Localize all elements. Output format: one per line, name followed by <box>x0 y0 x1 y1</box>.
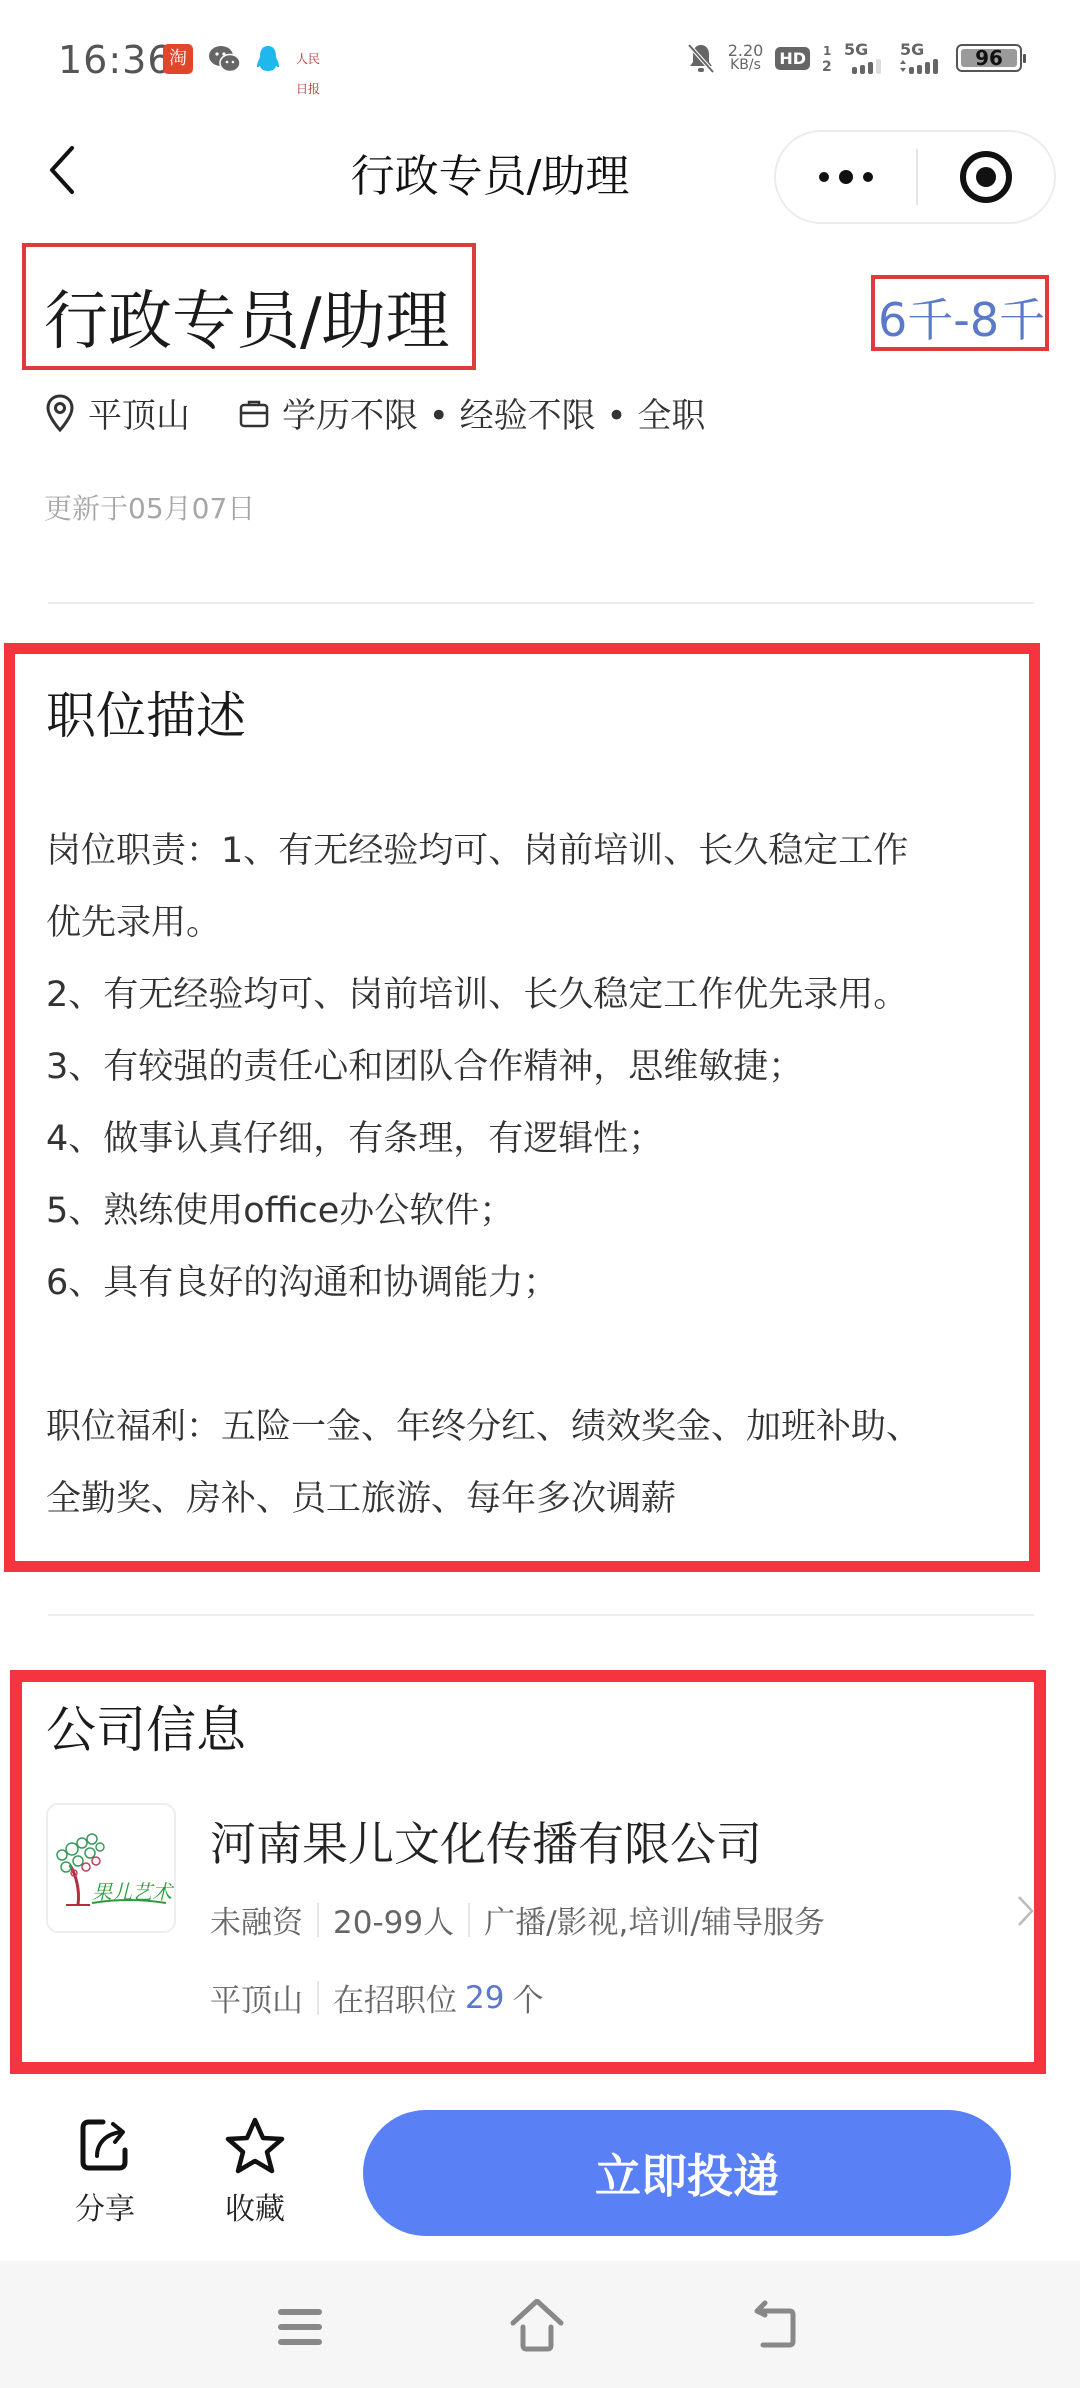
share-button[interactable]: 分享 <box>50 2116 160 2228</box>
openings-count: 29 <box>465 1980 504 2016</box>
home-icon <box>507 2299 567 2355</box>
more-button[interactable] <box>776 132 916 222</box>
job-title: 行政专员/助理 <box>44 270 450 362</box>
back-nav-button[interactable] <box>745 2299 805 2355</box>
company-funding: 未融资 <box>210 1897 303 1942</box>
status-bar: 16:36 淘 人民日报 2.20 KB/s HD 12 5G 5G 96 <box>0 0 1080 118</box>
bell-muted-icon <box>686 42 716 74</box>
openings-suffix: 个 <box>512 1975 543 2020</box>
location-pin-icon <box>44 393 76 433</box>
system-nav-bar <box>0 2261 1080 2388</box>
close-miniprogram-button[interactable] <box>918 132 1054 222</box>
description-line: 2、有无经验均可、岗前培训、长久稳定工作优先录用。 <box>46 959 1026 1031</box>
star-icon <box>224 2116 286 2176</box>
favorite-button[interactable]: 收藏 <box>200 2116 310 2228</box>
description-line: 3、有较强的责任心和团队合作精神，思维敏捷； <box>46 1031 1026 1103</box>
salary: 6千-8千 <box>878 284 1045 350</box>
company-size: 20-99人 <box>333 1897 454 1942</box>
update-time: 更新于05月07日 <box>44 487 255 527</box>
company-industry: 广播/影视,培训/辅导服务 <box>484 1897 825 1942</box>
benefits-line: 职位福利：五险一金、年终分红、绩效奖金、加班补助、 <box>46 1391 1026 1463</box>
company-city: 平顶山 <box>210 1975 303 2020</box>
company-location-row: 平顶山 在招职位 29 个 <box>210 1975 543 2020</box>
benefits-line: 全勤奖、房补、员工旅游、每年多次调薪 <box>46 1463 1026 1535</box>
taobao-icon: 淘 <box>163 44 193 74</box>
description-line: 4、做事认真仔细，有条理，有逻辑性； <box>46 1103 1026 1175</box>
description-line: 5、熟练使用office办公软件； <box>46 1175 1026 1247</box>
openings-prefix: 在招职位 <box>333 1975 457 2020</box>
company-tree-logo-icon: 果儿艺术 <box>48 1805 176 1933</box>
svg-text:1: 1 <box>823 44 831 58</box>
svg-text:2: 2 <box>822 59 832 73</box>
home-button[interactable] <box>507 2299 567 2355</box>
job-location: 平顶山 <box>88 388 190 437</box>
status-time: 16:36 <box>58 38 173 82</box>
people-daily-icon: 人民日报 <box>296 44 326 74</box>
target-close-icon <box>958 149 1014 205</box>
miniprogram-capsule <box>774 130 1056 224</box>
signal-bars-data-icon <box>900 58 944 74</box>
recent-apps-button[interactable] <box>270 2299 330 2355</box>
description-body: 岗位职责：1、有无经验均可、岗前培训、长久稳定工作 优先录用。 2、有无经验均可… <box>46 815 1026 1535</box>
divider <box>48 602 1034 604</box>
chevron-right-icon <box>1016 1893 1036 1929</box>
more-dots-icon <box>814 167 878 187</box>
sim-slots-icon: 12 <box>822 43 832 73</box>
back-arrow-icon <box>745 2299 805 2355</box>
description-line: 优先录用。 <box>46 887 1026 959</box>
description-title: 职位描述 <box>46 676 246 748</box>
menu-lines-icon <box>270 2299 330 2355</box>
net-speed: 2.20 KB/s <box>728 44 764 72</box>
company-section-title: 公司信息 <box>46 1690 246 1762</box>
battery-level: 96 <box>975 46 1003 70</box>
job-requirements: 学历不限 • 经验不限 • 全职 <box>282 388 705 437</box>
company-detail-link[interactable] <box>1016 1893 1036 1929</box>
hd-voice-icon: HD <box>775 47 810 70</box>
company-name[interactable]: 河南果儿文化传播有限公司 <box>210 1808 762 1874</box>
favorite-label: 收藏 <box>200 2184 310 2228</box>
signal-5g-1: 5G <box>844 42 888 74</box>
nav-bar: 行政专员/助理 <box>0 118 1080 218</box>
description-line: 岗位职责：1、有无经验均可、岗前培训、长久稳定工作 <box>46 815 1026 887</box>
qq-icon <box>253 44 283 74</box>
divider <box>48 1614 1034 1616</box>
battery-icon: 96 <box>956 44 1022 72</box>
job-meta: 平顶山 学历不限 • 经验不限 • 全职 <box>44 388 705 437</box>
description-line: 6、具有良好的沟通和协调能力； <box>46 1247 1026 1319</box>
share-label: 分享 <box>50 2184 160 2228</box>
wechat-icon <box>208 44 238 74</box>
signal-5g-2: 5G <box>900 42 944 74</box>
share-icon <box>75 2116 135 2176</box>
briefcase-icon <box>238 397 270 429</box>
status-right-group: 2.20 KB/s HD 12 5G 5G 96 <box>686 40 1022 76</box>
company-logo[interactable]: 果儿艺术 <box>46 1803 176 1933</box>
signal-bars-icon <box>844 58 888 74</box>
company-tags: 未融资 20-99人 广播/影视,培训/辅导服务 <box>210 1897 825 1942</box>
apply-now-button[interactable]: 立即投递 <box>363 2110 1011 2236</box>
